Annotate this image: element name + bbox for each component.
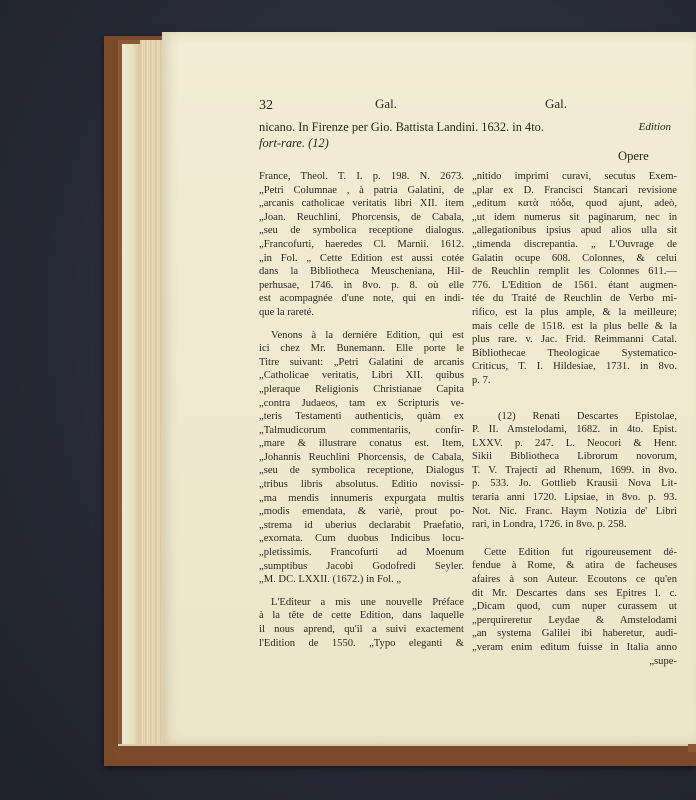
book-bottom-edge (118, 744, 688, 764)
text-line: LXXV. p. 247. L. Neocori & Henr. (472, 437, 677, 451)
text-line: France, Theol. T. I. p. 198. N. 2673. (259, 170, 464, 184)
text-line: „teris Testamenti authenticis, quàm ex (259, 410, 464, 424)
text-line: Bibliothecae Theologicae Systematico- (472, 347, 677, 361)
text-line: „allegationibus ipsius apud alios ulla s… (472, 224, 677, 238)
text-line: „mare & illustrare conatus est. Item, (259, 437, 464, 451)
text-line: „Dicam quod, cum nuper curassem ut (472, 600, 677, 614)
text-line: „perquireretur Leydae & Amstelodami (472, 614, 677, 628)
text-line: L'Editeur a mis une nouvelle Préface (259, 596, 464, 610)
lead-text: nicano. In Firenze per Gio. Battista Lan… (259, 119, 671, 151)
catchword-bottom: „supe- (472, 655, 677, 669)
text-line: l'Edition de 1550. „Typo eleganti & (259, 637, 464, 651)
text-line: plus rare. v. Jac. Frid. Reimmanni Catal… (472, 333, 677, 347)
text-line: Not. Nic. Franc. Haym Notizia de' Libri (472, 505, 677, 519)
text-line: teraria anni 1720. Lipsiae, in 8vo. p. 9… (472, 491, 677, 505)
text-line: „Talmudicorum commentariis, confir- (259, 424, 464, 438)
text-line: Cette Edition fut rigoureusement dé- (472, 546, 677, 560)
text-line: „tribus libris absolutus. Editio novissi… (259, 478, 464, 492)
text-line: Sikii Bibliotheca Librorum novorum, (472, 450, 677, 464)
text-line: „Johannis Reuchlini Phorcensis, de Cabal… (259, 451, 464, 465)
page-number: 32 (259, 98, 273, 114)
text-line: „Catholicae veritatis, Libri XII. quibus (259, 369, 464, 383)
text-line: P. II. Amstelodami, 1682. in 4to. Epist. (472, 423, 677, 437)
text-line: dans la Bibliotheca Meuscheniana, Hil- (259, 265, 464, 279)
text-line: afaires à son Auteur. Ecoutons ce qu'en (472, 573, 677, 587)
right-para-1: „nitido imprimi curavi, secutus Exem- „p… (472, 170, 677, 388)
text-line: p. 533. Jo. Gottlieb Krausii Nova Lit- (472, 477, 677, 491)
left-para-2: Venons à la derniére Edition, qui est ic… (259, 329, 464, 587)
running-head-left: Gal. (375, 96, 397, 112)
text-line: „an systema Galilei ibi haberetur, audi- (472, 627, 677, 641)
text-line: fendue à Rome, & atira de facheuses (472, 559, 677, 573)
text-line: „seu de symbolica receptione, Dialogus (259, 464, 464, 478)
text-line: tée du Traité de Reuchlin de Verbo mi- (472, 292, 677, 306)
text-line: T. V. Trajecti ad Rhenum, 1699. in 8vo. (472, 464, 677, 478)
text-line: (12) Renati Descartes Epistolae, (472, 410, 677, 424)
text-line: „strema id uberius declarabit Praefatio, (259, 519, 464, 533)
footnote-12: (12) Renati Descartes Epistolae, P. II. … (472, 410, 677, 532)
text-line: rari, in Londra, 1726. in 8vo. p. 258. (472, 518, 677, 532)
text-line: perhusae, 1746. in 8vo. p. 8. où elle (259, 279, 464, 293)
text-line: „contra Judaeos, tam ex Scripturis ve- (259, 397, 464, 411)
text-line: Titre suivant: „Petri Galatini de arcani… (259, 356, 464, 370)
text-line: ici chez Mr. Bunemann. Elle porte le (259, 342, 464, 356)
text-line: „in Fol. „ Cette Edition est aussi cotée (259, 252, 464, 266)
text-line: „sumptibus Jacobi Godofredi Seyler. (259, 560, 464, 574)
text-line: de Reuchlin remplit les Colonnes 611.— (472, 265, 677, 279)
text-line: „nitido imprimi curavi, secutus Exem- (472, 170, 677, 184)
right-column: „nitido imprimi curavi, secutus Exem- „p… (472, 170, 677, 668)
text-line: „Joan. Reuchlini, Phorcensis, de Cabala, (259, 211, 464, 225)
text-line: p. 7. (472, 374, 677, 388)
text-line: „Petri Columnae , à patria Galatini, de (259, 184, 464, 198)
text-line: „veram enim editum fuisse in Italia anno (472, 641, 677, 655)
text-line: „pletissimis. Francofurti ad Moenum (259, 546, 464, 560)
text-line: „plar ex D. Francisci Stancari revisione (472, 184, 677, 198)
catchword-top: Opere (618, 149, 649, 164)
left-para-3: L'Editeur a mis une nouvelle Préface à l… (259, 596, 464, 650)
left-column: France, Theol. T. I. p. 198. N. 2673. „P… (259, 170, 464, 650)
text-line: „editum κατὰ πόδα, quod ajunt, adeò, (472, 197, 677, 211)
text-line: que la rareté. (259, 306, 464, 320)
lead-line-1: nicano. In Firenze per Gio. Battista Lan… (259, 120, 544, 134)
text-line: il nous aprend, qu'il a suivi exactement (259, 623, 464, 637)
lead-line-2: fort-rare. (12) (259, 136, 329, 150)
running-header: 32 Gal. Gal. (259, 96, 579, 114)
text-line: „ma mendis innumeris expurgata multis (259, 492, 464, 506)
text-line: Criticus, T. I. Hildesiae, 1731. in 8vo. (472, 360, 677, 374)
left-para-1: France, Theol. T. I. p. 198. N. 2673. „P… (259, 170, 464, 320)
text-line: „seu de symbolica receptione dialogus. (259, 224, 464, 238)
text-line: à la tête de cette Edition, dans laquell… (259, 609, 464, 623)
text-line: „timenda discrepantia. „ L'Ouvrage de (472, 238, 677, 252)
running-head-right: Gal. (545, 96, 567, 112)
text-line: mais celle de 1518. est la plus belle & … (472, 320, 677, 334)
endpaper-edge (122, 44, 140, 744)
text-line: 776. L'Edition de 1561. étant augmen- (472, 279, 677, 293)
text-line: est acompagnée d'une note, qui en indi- (259, 292, 464, 306)
text-line: rifico, est la plus ample, & la meilleur… (472, 306, 677, 320)
text-line: dit Mr. Descartes dans ses Epitres l. c. (472, 587, 677, 601)
text-line: Venons à la derniére Edition, qui est (259, 329, 464, 343)
text-line: „Francofurti, haeredes Cl. Marnii. 1612. (259, 238, 464, 252)
right-para-2: Cette Edition fut rigoureusement dé- fen… (472, 546, 677, 668)
text-line: Galatin ocupe 608. Colonnes, & celui (472, 252, 677, 266)
text-line: „ut idem numerus sit paginarum, nec in (472, 211, 677, 225)
text-line: „modis emendata, & variè, prout po- (259, 505, 464, 519)
text-line: „pleraque Religionis Christianae Capita (259, 383, 464, 397)
text-line: „arcanis catholicae veritatis libri XII.… (259, 197, 464, 211)
text-line: „exornata. Cum duobus Indicibus locu- (259, 532, 464, 546)
text-line: „M. DC. LXXII. (1672.) in Fol. „ (259, 573, 464, 587)
lead-line-1-right: Edition (639, 119, 671, 135)
